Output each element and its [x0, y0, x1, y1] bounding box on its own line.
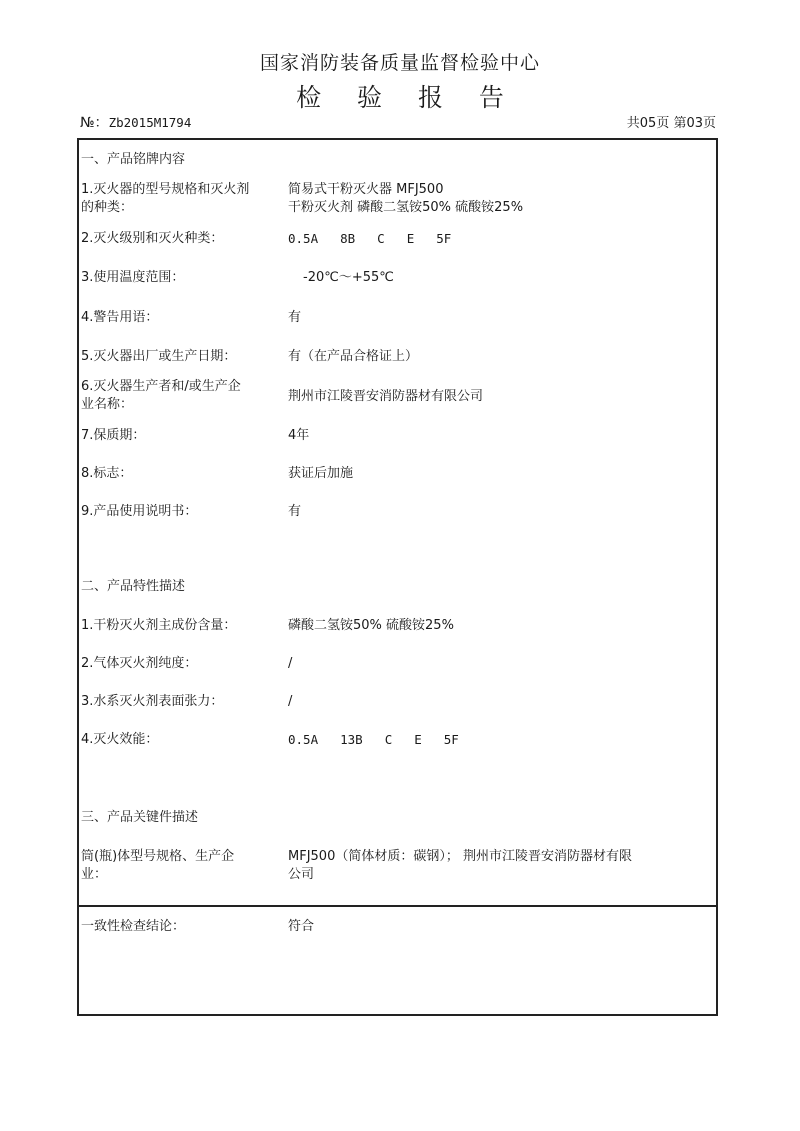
- s3-item1-value-line2: 公司: [288, 866, 314, 884]
- s1-item2-value: 0.5A8BCE5F: [288, 230, 473, 248]
- efficacy-f: 5F: [444, 731, 459, 749]
- s1-item9-label: 9.产品使用说明书：: [81, 503, 197, 521]
- s1-item5-label: 5.灭火器出厂或生产日期：: [81, 348, 236, 366]
- efficacy-a: 0.5A: [288, 731, 318, 749]
- section2-title: 二、产品特性描述: [81, 578, 185, 596]
- report-number-label: №：: [80, 115, 109, 131]
- report-frame: 一、产品铭牌内容 1.灭火器的型号规格和灭火剂 的种类： 简易式干粉灭火器 MF…: [77, 138, 718, 1016]
- conclusion-value: 符合: [288, 918, 314, 936]
- fire-rating-f: 5F: [436, 230, 451, 248]
- efficacy-e: E: [414, 731, 422, 749]
- s1-item1-label-line1: 1.灭火器的型号规格和灭火剂: [81, 181, 249, 199]
- section3-title: 三、产品关键件描述: [81, 809, 198, 827]
- s3-item1-value-line1: MFJ500（简体材质：碳钢）； 荆州市江陵晋安消防器材有限: [288, 848, 632, 866]
- fire-rating-a: 0.5A: [288, 230, 318, 248]
- s2-item1-label: 1.干粉灭火剂主成份含量：: [81, 617, 236, 635]
- s2-item4-label: 4.灭火效能：: [81, 731, 158, 749]
- fire-rating-c: C: [377, 230, 385, 248]
- s2-item2-label: 2.气体灭火剂纯度：: [81, 655, 197, 673]
- report-number: №：Zb2015M1794: [80, 112, 191, 132]
- s1-item6-label-line1: 6.灭火器生产者和/或生产企: [81, 378, 241, 396]
- section-divider: [79, 905, 716, 907]
- fire-rating-e: E: [407, 230, 415, 248]
- s1-item8-label: 8.标志：: [81, 465, 132, 483]
- document-title: 检 验 报 告: [0, 78, 800, 114]
- s2-item4-value: 0.5A13BCE5F: [288, 731, 481, 749]
- efficacy-b: 13B: [340, 731, 363, 749]
- s1-item6-label-line2: 业名称：: [81, 396, 133, 414]
- s2-item1-value: 磷酸二氢铵50% 硫酸铵25%: [288, 617, 454, 635]
- s1-item1-value-line1: 简易式干粉灭火器 MFJ500: [288, 181, 443, 199]
- s1-item7-label: 7.保质期：: [81, 427, 145, 445]
- organization-title: 国家消防装备质量监督检验中心: [0, 48, 800, 75]
- s1-item8-value: 获证后加施: [288, 465, 353, 483]
- section1-title: 一、产品铭牌内容: [81, 151, 185, 169]
- s1-item2-label: 2.灭火级别和灭火种类：: [81, 230, 223, 248]
- page-info: 共05页 第03页: [627, 112, 716, 131]
- s1-item7-value: 4年: [288, 427, 309, 445]
- s1-item3-value: -20℃～+55℃: [303, 269, 394, 287]
- fire-rating-b: 8B: [340, 230, 355, 248]
- s3-item1-label-line2: 业：: [81, 866, 107, 884]
- efficacy-c: C: [385, 731, 393, 749]
- s1-item5-value: 有（在产品合格证上）: [288, 348, 418, 366]
- report-number-value: Zb2015M1794: [109, 115, 192, 130]
- s2-item3-label: 3.水系灭火剂表面张力：: [81, 693, 223, 711]
- s3-item1-label-line1: 筒(瓶)体型号规格、生产企: [81, 848, 234, 866]
- s2-item3-value: /: [288, 693, 292, 711]
- s1-item4-value: 有: [288, 309, 301, 327]
- s1-item6-value: 荆州市江陵晋安消防器材有限公司: [288, 388, 483, 406]
- s1-item9-value: 有: [288, 503, 301, 521]
- s1-item4-label: 4.警告用语：: [81, 309, 158, 327]
- s1-item1-label-line2: 的种类：: [81, 199, 133, 217]
- conclusion-label: 一致性检查结论：: [81, 918, 185, 936]
- s1-item1-value-line2: 干粉灭火剂 磷酸二氢铵50% 硫酸铵25%: [288, 199, 523, 217]
- s1-item3-label: 3.使用温度范围：: [81, 269, 184, 287]
- s2-item2-value: /: [288, 655, 292, 673]
